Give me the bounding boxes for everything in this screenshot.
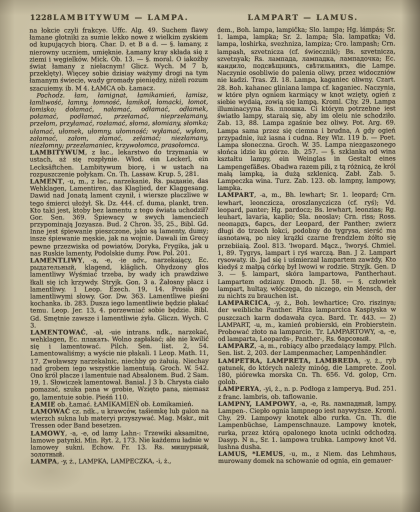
dictionary-entry: dem., Boh. lampa, lampička; Slo. lampa; … — [217, 27, 396, 193]
dictionary-entry: LAMPA, -y, ż., LAMPKA, LAMPECZKA, -i, ż.… — [31, 458, 210, 466]
dictionary-entry: Pochodz. łam, łamignat, łamikamień, łami… — [30, 92, 209, 150]
dictionary-entry: LAMPNY, LAMPOWY, -a, -e, Rs. лампадный, … — [218, 400, 397, 451]
headword: LAMPARCICA — [218, 300, 269, 307]
dictionary-entry: LAMPERYA, -yi, ż., n. p. Podłoga z lampe… — [218, 386, 397, 401]
running-head: 1228 LAMBITYWUM — LAMPA. LAMPART — LAMUS… — [30, 13, 394, 22]
dictionary-entry: LAMPARCICA, -y, ż., Boh. lewhartice; Cro… — [218, 300, 397, 344]
headword: LAMPARZ — [218, 343, 255, 350]
dictionary-entry: LAMENT, -u, m., z łac., narzekanie, Rs. … — [30, 178, 209, 258]
headword: LAMENTLIWY — [30, 257, 83, 264]
dictionary-entry: na łokcie czyli frakcye. Uffc. Alg. 49. … — [29, 27, 208, 92]
running-head-left-half: 1228 LAMBITYWUM — LAMPA. — [30, 13, 212, 22]
dictionary-entry: LAMPETRA, LAMPRETA, LAMBREDA, -y, ż., ry… — [218, 357, 397, 386]
dictionary-entry: LAMENTOWAĆ, -ał, -uie intrans. ndk., nar… — [30, 329, 209, 401]
headword: ŁAMIE — [30, 401, 55, 408]
headword: LAMENT — [30, 178, 63, 185]
dictionary-entry: LAMBITYWUM, z łac., lekarstwo do trzyman… — [30, 149, 209, 178]
headword: LAMPERYA — [218, 386, 260, 393]
headword: LAMOWY — [30, 430, 65, 437]
headword: LAMENTOWAĆ — [30, 329, 86, 336]
running-head-right: LAMPART — LAMUS. — [248, 13, 359, 22]
dictionary-entry: LAMOWY, -a, -e, od lamy Lahn-: Trzewiki … — [30, 430, 209, 459]
running-head-left: LAMBITYWUM — LAMPA. — [53, 13, 189, 22]
headword: LAMPETRA, LAMPRETA, LAMBREDA — [218, 357, 359, 364]
headword: LAMPART — [217, 192, 254, 199]
text-column-right: dem., Boh. lampa, lampička; Slo. lampa; … — [217, 27, 397, 479]
scanned-dictionary-page: 1228 LAMBITYWUM — LAMPA. LAMPART — LAMUS… — [0, 0, 420, 512]
dictionary-entry: LAMENTLIWY, -a, -e, -ie adv., narzekaiąc… — [30, 257, 209, 329]
headword: LAMPA — [31, 459, 58, 466]
headword: LAMBITYWUM — [30, 150, 85, 157]
page-number: 1228 — [30, 13, 52, 22]
dictionary-entry: LAMUS, *LEMUS, -u, m., z Niem. das Lehmh… — [218, 451, 397, 466]
text-columns: na łokcie czyli frakcye. Uffc. Alg. 49. … — [29, 27, 396, 480]
headword: LAMPNY, LAMPOWY — [218, 401, 295, 408]
running-head-right-half: LAMPART — LAMUS. — [212, 13, 394, 22]
dictionary-entry: LAMPARZ, -a, m., robiący albo przedaiący… — [218, 343, 397, 358]
dictionary-entry: LAMOWAĆ cz. ndk., u krawców, taśiemkę lu… — [30, 408, 209, 430]
headword: LAMOWAĆ — [30, 408, 70, 415]
headword: LAMUS, *LEMUS — [218, 451, 283, 458]
text-column-left: na łokcie czyli frakcye. Uffc. Alg. 49. … — [29, 27, 209, 479]
dictionary-entry: LAMPART, -a, m., Bh. lewhart; Sr. 1. leo… — [217, 192, 396, 300]
